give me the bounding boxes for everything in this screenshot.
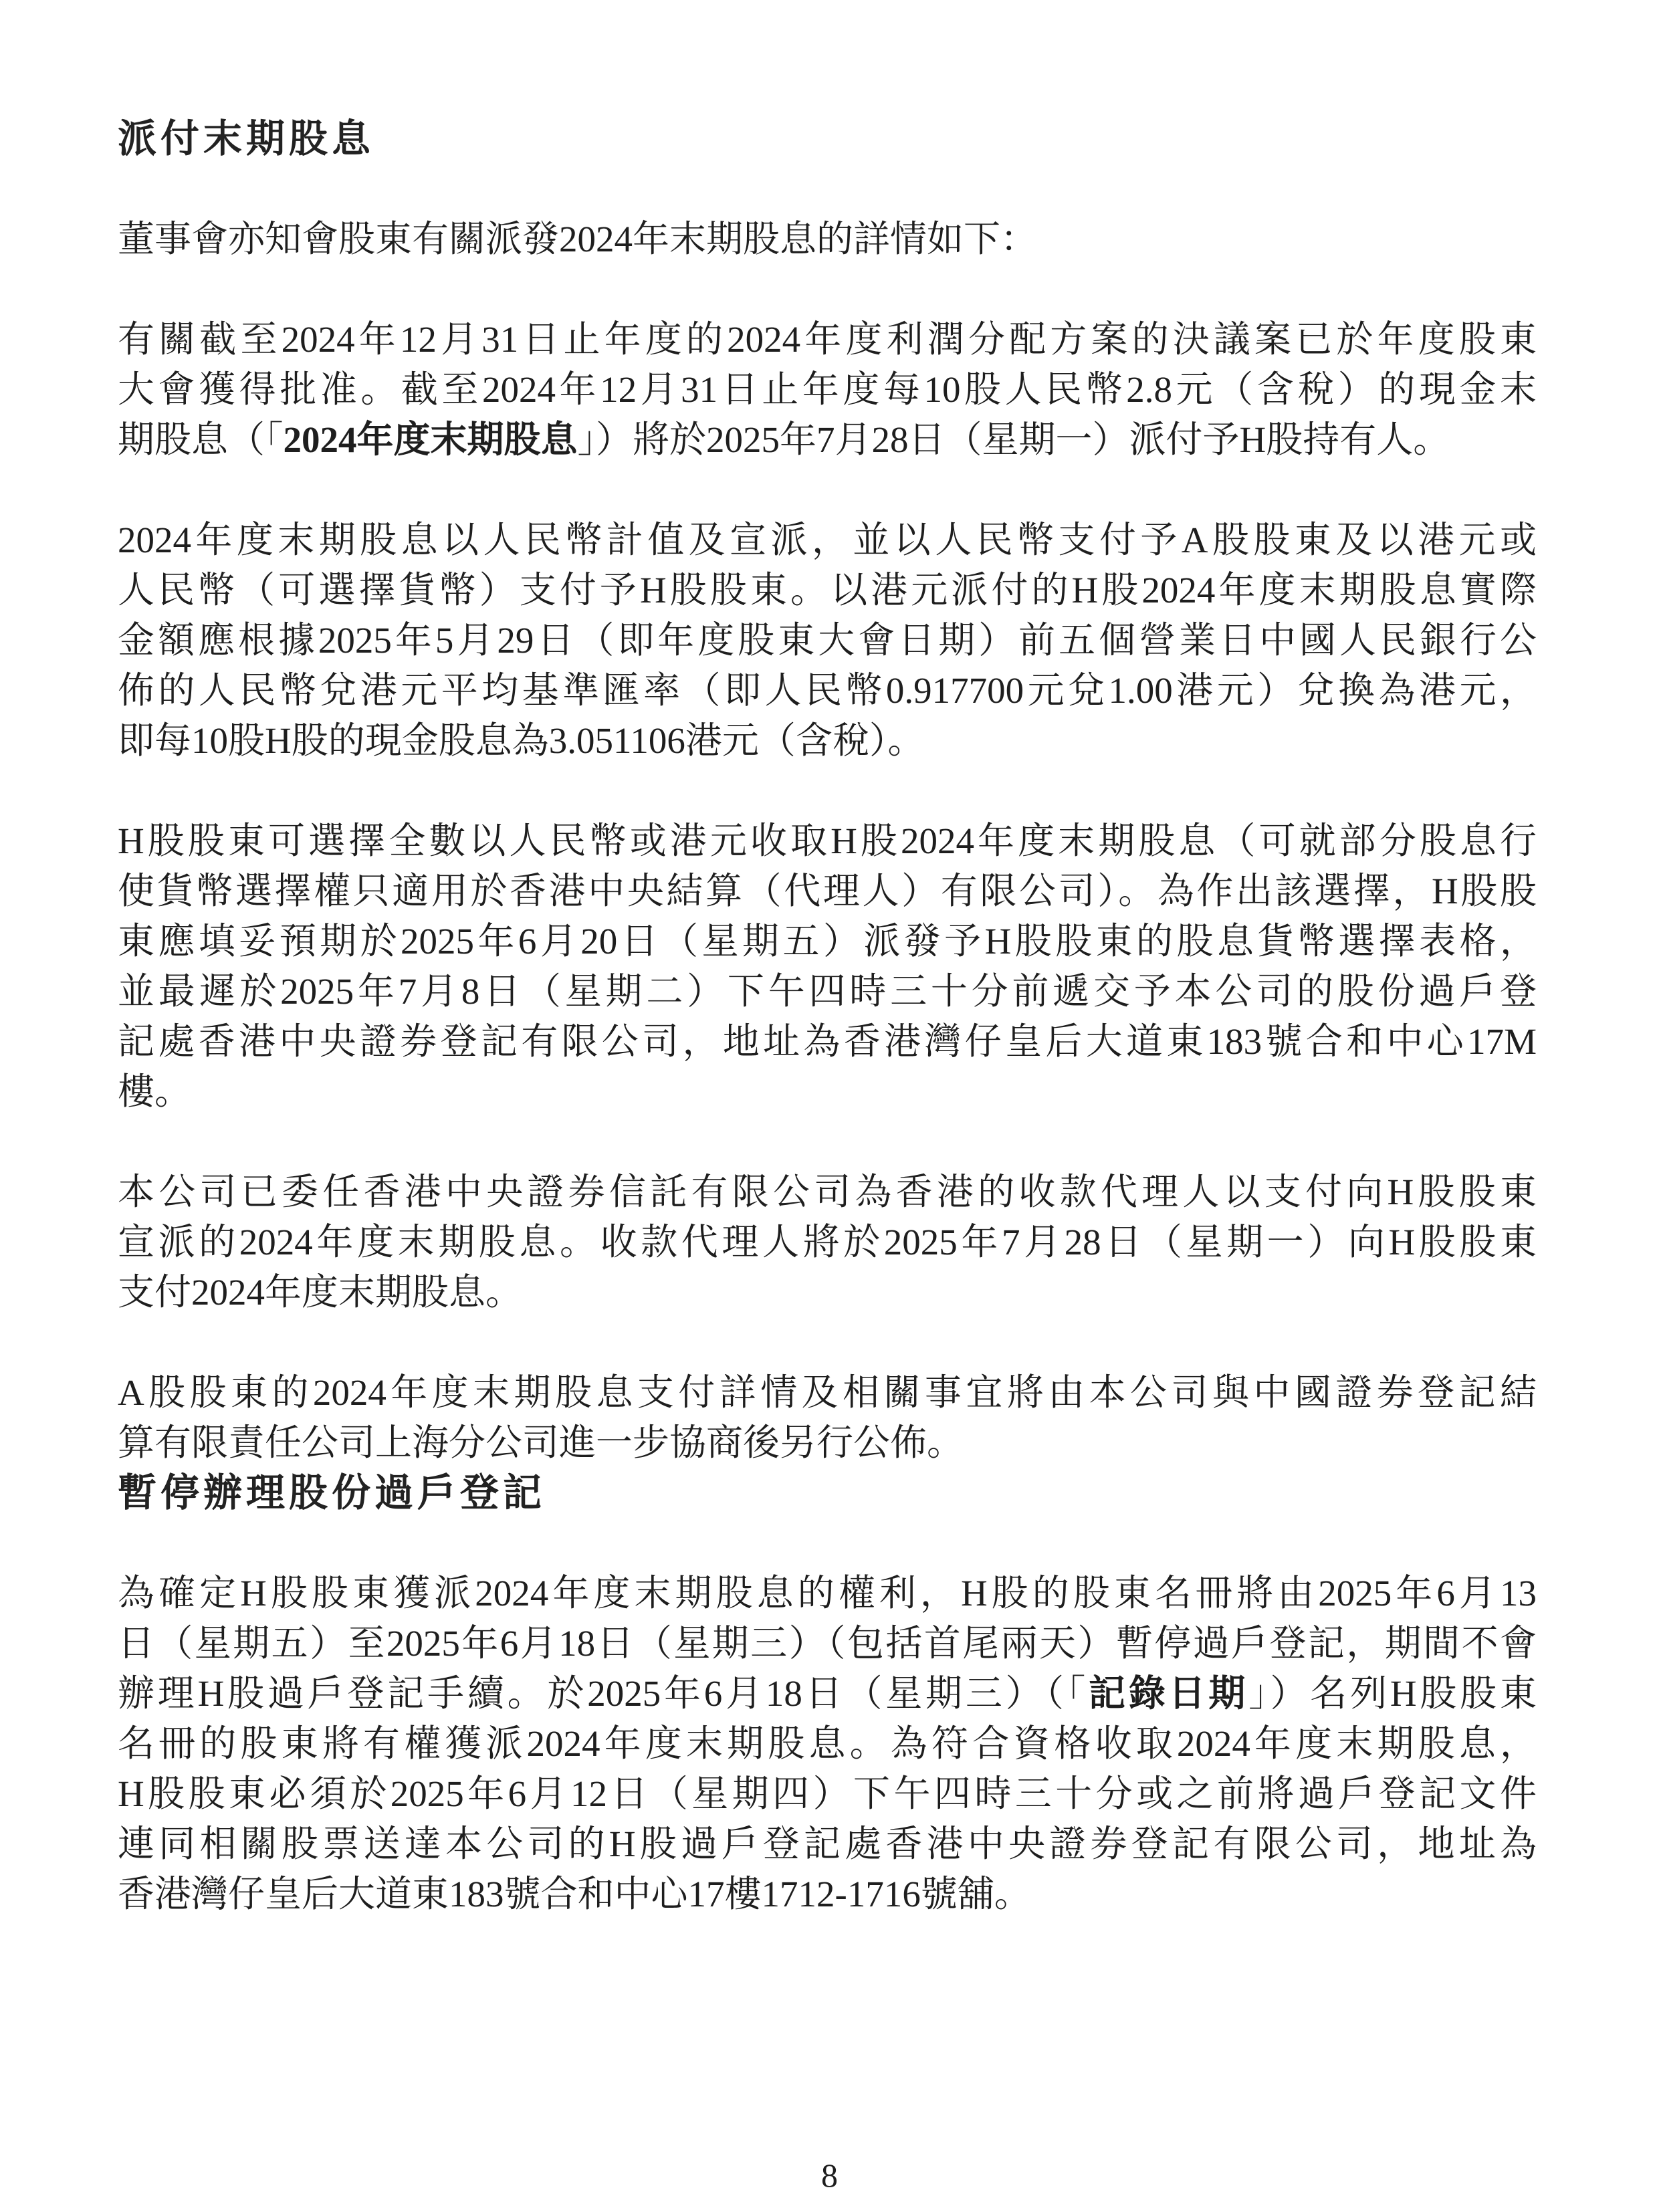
text-line: 金額應根據2025年5月29日（即年度股東大會日期）前五個營業日中國人民銀行公 bbox=[118, 615, 1537, 665]
text-line: 名冊的股東將有權獲派2024年度末期股息。為符合資格收取2024年度末期股息， bbox=[118, 1719, 1537, 1769]
text-run: 」）名列H股股東 bbox=[1248, 1673, 1537, 1714]
text-line: 使貨幣選擇權只適用於香港中央結算（代理人）有限公司）。為作出該選擇，H股股 bbox=[118, 866, 1537, 916]
text-line: 香港灣仔皇后大道東183號合和中心17樓1712-1716號舖。 bbox=[118, 1869, 1537, 1919]
text-run: 辦理H股過戶登記手續。於2025年6月18日（星期三）（「 bbox=[118, 1673, 1089, 1714]
bold-defined-term: 記錄日期 bbox=[1089, 1673, 1248, 1714]
text-run: 東應填妥預期於2025年6月20日（星期五）派發予H股股東的股息貨幣選擇表格， bbox=[118, 921, 1537, 962]
text-line: 記處香港中央證券登記有限公司，地址為香港灣仔皇后大道東183號合和中心17M bbox=[118, 1016, 1537, 1067]
section-heading-final-dividend: 派付末期股息 bbox=[118, 114, 1537, 164]
paragraph: 為確定H股股東獲派2024年度末期股息的權利，H股的股東名冊將由2025年6月1… bbox=[118, 1568, 1537, 1919]
text-line: 大會獲得批准。截至2024年12月31日止年度每10股人民幣2.8元（含稅）的現… bbox=[118, 364, 1537, 415]
text-line: 2024年度末期股息以人民幣計值及宣派，並以人民幣支付予A股股東及以港元或 bbox=[118, 515, 1537, 565]
text-run: 算有限責任公司上海分公司進一步協商後另行公佈。 bbox=[118, 1422, 964, 1463]
text-run: 香港灣仔皇后大道東183號合和中心17樓1712-1716號舖。 bbox=[118, 1874, 1031, 1914]
page-number: 8 bbox=[0, 2154, 1659, 2196]
text-line: 宣派的2024年度末期股息。收款代理人將於2025年7月28日（星期一）向H股股… bbox=[118, 1217, 1537, 1267]
text-line: 即每10股H股的現金股息為3.051106港元（含稅）。 bbox=[118, 715, 1537, 766]
text-run: 記處香港中央證券登記有限公司，地址為香港灣仔皇后大道東183號合和中心17M bbox=[118, 1021, 1537, 1062]
text-run: 有關截至2024年12月31日止年度的2024年度利潤分配方案的決議案已於年度股… bbox=[118, 319, 1537, 360]
text-run: 」）將於2025年7月28日（星期一）派付予H股持有人。 bbox=[578, 419, 1450, 460]
text-line: 辦理H股過戶登記手續。於2025年6月18日（星期三）（「記錄日期」）名列H股股… bbox=[118, 1668, 1537, 1719]
text-run: 為確定H股股東獲派2024年度末期股息的權利，H股的股東名冊將由2025年6月1… bbox=[118, 1573, 1537, 1614]
paragraph: 本公司已委任香港中央證券信託有限公司為香港的收款代理人以支付向H股股東宣派的20… bbox=[118, 1167, 1537, 1317]
text-line: H股股東可選擇全數以人民幣或港元收取H股2024年度末期股息（可就部分股息行 bbox=[118, 816, 1537, 866]
text-line: 董事會亦知會股東有關派發2024年末期股息的詳情如下： bbox=[118, 214, 1537, 264]
document-content: 派付末期股息 董事會亦知會股東有關派發2024年末期股息的詳情如下：有關截至20… bbox=[118, 114, 1537, 1919]
text-line: A股股東的2024年度末期股息支付詳情及相關事宜將由本公司與中國證券登記結 bbox=[118, 1367, 1537, 1418]
text-line: H股股東必須於2025年6月12日（星期四）下午四時三十分或之前將過戶登記文件 bbox=[118, 1769, 1537, 1819]
text-line: 為確定H股股東獲派2024年度末期股息的權利，H股的股東名冊將由2025年6月1… bbox=[118, 1568, 1537, 1618]
text-line: 樓。 bbox=[118, 1067, 1537, 1117]
text-run: 佈的人民幣兌港元平均基準匯率（即人民幣0.917700元兌1.00港元）兌換為港… bbox=[118, 670, 1537, 711]
text-run: 大會獲得批准。截至2024年12月31日止年度每10股人民幣2.8元（含稅）的現… bbox=[118, 369, 1537, 410]
text-line: 東應填妥預期於2025年6月20日（星期五）派發予H股股東的股息貨幣選擇表格， bbox=[118, 916, 1537, 966]
section-body-closure-of-register: 為確定H股股東獲派2024年度末期股息的權利，H股的股東名冊將由2025年6月1… bbox=[118, 1568, 1537, 1919]
text-run: H股股東可選擇全數以人民幣或港元收取H股2024年度末期股息（可就部分股息行 bbox=[118, 820, 1537, 861]
text-run: A股股東的2024年度末期股息支付詳情及相關事宜將由本公司與中國證券登記結 bbox=[118, 1372, 1537, 1413]
text-line: 佈的人民幣兌港元平均基準匯率（即人民幣0.917700元兌1.00港元）兌換為港… bbox=[118, 665, 1537, 715]
text-run: 樓。 bbox=[118, 1071, 191, 1112]
text-line: 期股息（「2024年度末期股息」）將於2025年7月28日（星期一）派付予H股持… bbox=[118, 415, 1537, 465]
text-line: 支付2024年度末期股息。 bbox=[118, 1267, 1537, 1317]
bold-defined-term: 2024年度末期股息 bbox=[284, 419, 578, 460]
text-line: 日（星期五）至2025年6月18日（星期三）（包括首尾兩天）暫停過戶登記，期間不… bbox=[118, 1618, 1537, 1668]
text-run: 宣派的2024年度末期股息。收款代理人將於2025年7月28日（星期一）向H股股… bbox=[118, 1222, 1537, 1262]
text-run: H股股東必須於2025年6月12日（星期四）下午四時三十分或之前將過戶登記文件 bbox=[118, 1773, 1537, 1814]
text-run: 期股息（「 bbox=[118, 419, 284, 460]
text-run: 人民幣（可選擇貨幣）支付予H股股東。以港元派付的H股2024年度末期股息實際 bbox=[118, 570, 1537, 611]
text-line: 人民幣（可選擇貨幣）支付予H股股東。以港元派付的H股2024年度末期股息實際 bbox=[118, 565, 1537, 615]
text-run: 即每10股H股的現金股息為3.051106港元（含稅）。 bbox=[118, 720, 924, 761]
text-run: 並最遲於2025年7月8日（星期二）下午四時三十分前遞交予本公司的股份過戶登 bbox=[118, 971, 1537, 1012]
document-page: 派付末期股息 董事會亦知會股東有關派發2024年末期股息的詳情如下：有關截至20… bbox=[0, 0, 1659, 2212]
text-run: 連同相關股票送達本公司的H股過戶登記處香港中央證券登記有限公司，地址為 bbox=[118, 1823, 1537, 1864]
text-line: 連同相關股票送達本公司的H股過戶登記處香港中央證券登記有限公司，地址為 bbox=[118, 1819, 1537, 1869]
text-line: 本公司已委任香港中央證券信託有限公司為香港的收款代理人以支付向H股股東 bbox=[118, 1167, 1537, 1217]
section-heading-closure-of-register: 暫停辦理股份過戶登記 bbox=[118, 1468, 1537, 1518]
paragraph: 董事會亦知會股東有關派發2024年末期股息的詳情如下： bbox=[118, 214, 1537, 264]
text-run: 董事會亦知會股東有關派發2024年末期股息的詳情如下： bbox=[118, 219, 1037, 259]
text-run: 本公司已委任香港中央證券信託有限公司為香港的收款代理人以支付向H股股東 bbox=[118, 1172, 1537, 1212]
paragraph: 2024年度末期股息以人民幣計值及宣派，並以人民幣支付予A股股東及以港元或人民幣… bbox=[118, 515, 1537, 766]
text-line: 有關截至2024年12月31日止年度的2024年度利潤分配方案的決議案已於年度股… bbox=[118, 314, 1537, 364]
text-line: 算有限責任公司上海分公司進一步協商後另行公佈。 bbox=[118, 1418, 1537, 1468]
text-run: 使貨幣選擇權只適用於香港中央結算（代理人）有限公司）。為作出該選擇，H股股 bbox=[118, 871, 1537, 911]
text-run: 名冊的股東將有權獲派2024年度末期股息。為符合資格收取2024年度末期股息， bbox=[118, 1723, 1537, 1764]
text-run: 支付2024年度末期股息。 bbox=[118, 1272, 522, 1313]
paragraph: H股股東可選擇全數以人民幣或港元收取H股2024年度末期股息（可就部分股息行使貨… bbox=[118, 816, 1537, 1117]
text-run: 2024年度末期股息以人民幣計值及宣派，並以人民幣支付予A股股東及以港元或 bbox=[118, 520, 1537, 560]
text-run: 金額應根據2025年5月29日（即年度股東大會日期）前五個營業日中國人民銀行公 bbox=[118, 620, 1537, 661]
paragraph: 有關截至2024年12月31日止年度的2024年度利潤分配方案的決議案已於年度股… bbox=[118, 314, 1537, 465]
text-run: 日（星期五）至2025年6月18日（星期三）（包括首尾兩天）暫停過戶登記，期間不… bbox=[118, 1623, 1537, 1664]
section-body-final-dividend: 董事會亦知會股東有關派發2024年末期股息的詳情如下：有關截至2024年12月3… bbox=[118, 214, 1537, 1468]
text-line: 並最遲於2025年7月8日（星期二）下午四時三十分前遞交予本公司的股份過戶登 bbox=[118, 966, 1537, 1016]
paragraph: A股股東的2024年度末期股息支付詳情及相關事宜將由本公司與中國證券登記結算有限… bbox=[118, 1367, 1537, 1468]
